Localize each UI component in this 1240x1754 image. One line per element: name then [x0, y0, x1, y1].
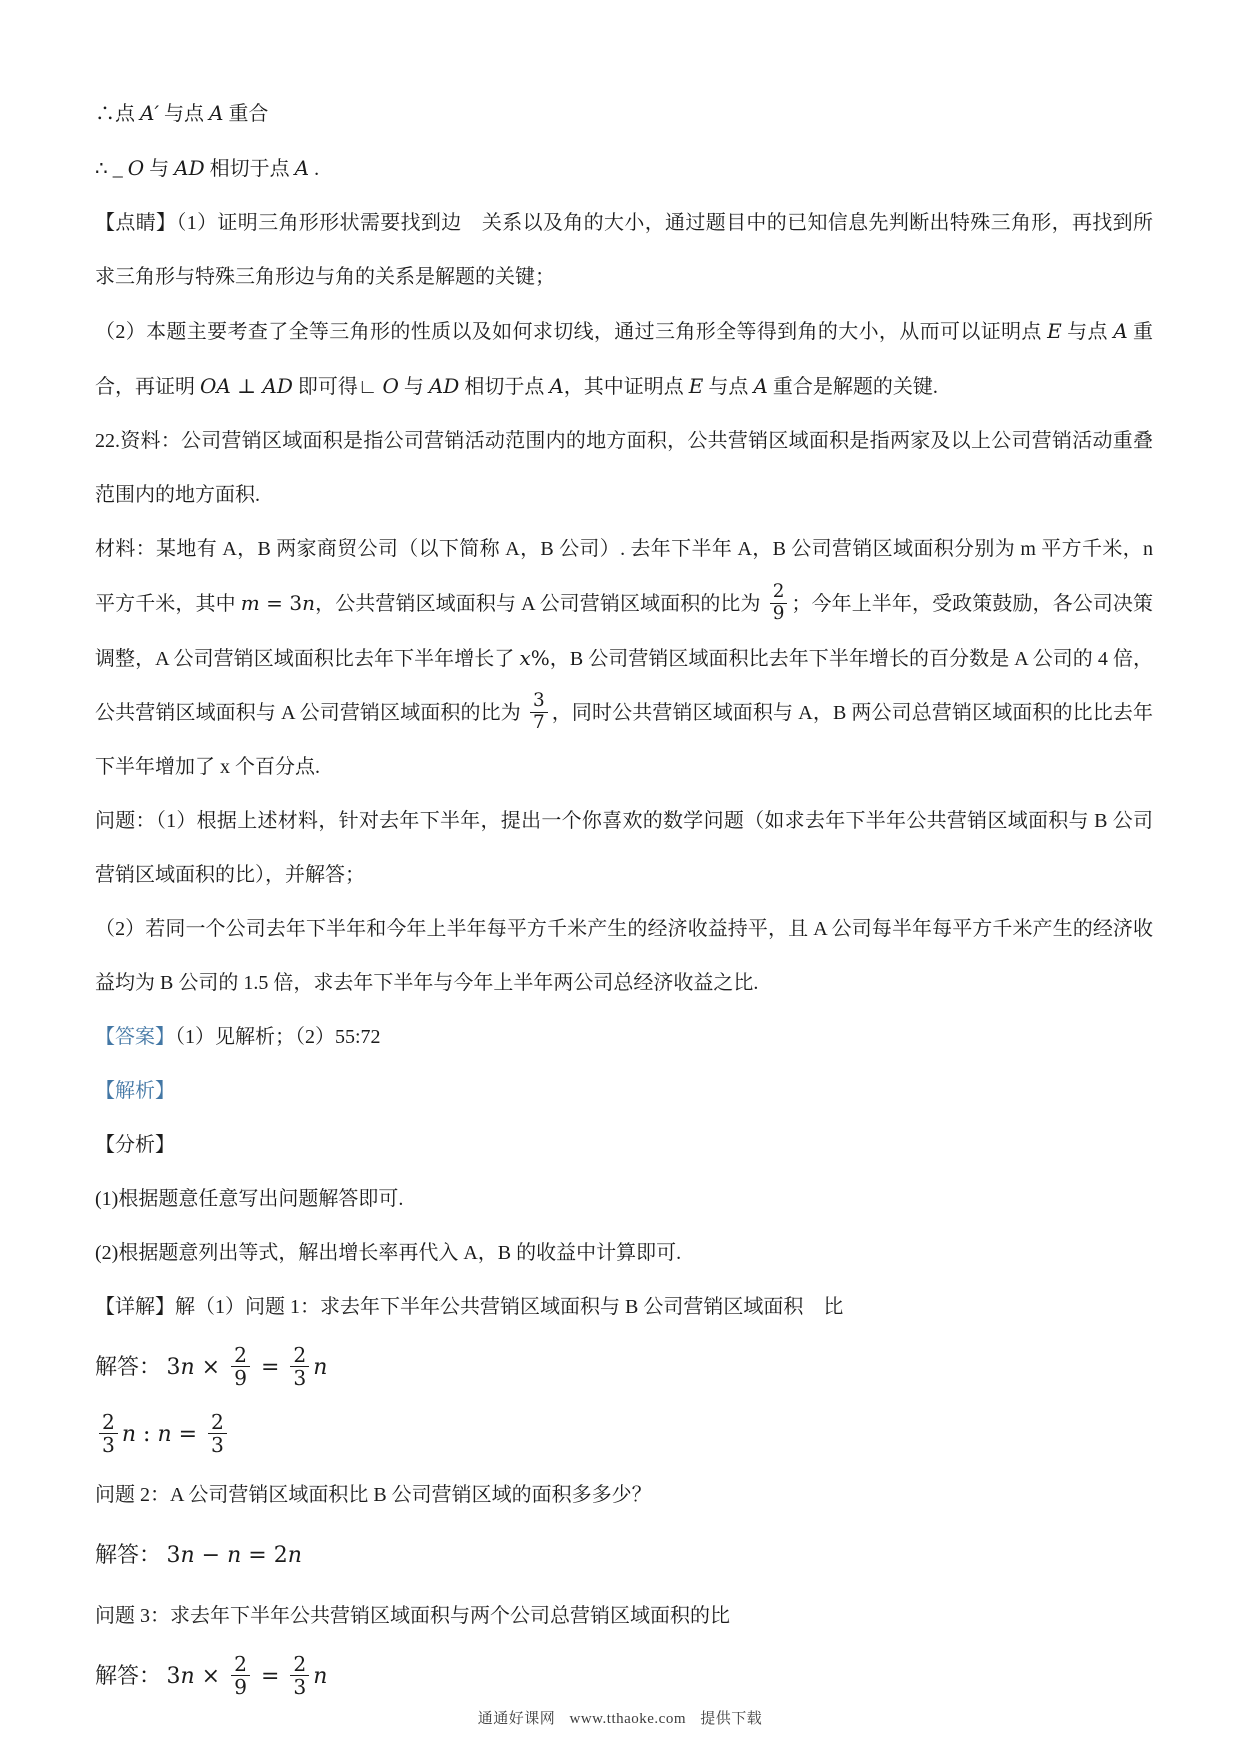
math-number: 3 — [167, 1543, 181, 1568]
math-variable: n — [181, 1543, 195, 1568]
conclusion-line-1: ∴点 A′ 与点 A 重合 — [95, 86, 1153, 141]
answer-line: 【答案】（1）见解析；（2）55:72 — [95, 1010, 1153, 1064]
math-operator: = — [172, 1422, 204, 1447]
math-variable: O — [128, 156, 144, 180]
question-2-line: 问题 2：A 公司营销区域面积比 B 公司营销区域的面积多多少？ — [95, 1468, 1153, 1522]
text-run: (1)根据题意任意写出问题解答即可. — [95, 1188, 403, 1210]
math-variable: n — [313, 1355, 327, 1380]
text-run: 与点 — [1062, 321, 1113, 343]
text-run: 与 — [144, 158, 174, 180]
math-operator: × — [195, 1355, 227, 1380]
fraction: 29 — [231, 1653, 250, 1699]
analysis-step-1: (1)根据题意任意写出问题解答即可. — [95, 1172, 1153, 1226]
solution-formula-3: 解答： 3n − n = 2n — [95, 1522, 1153, 1589]
text-run: 解答： — [95, 1542, 167, 1567]
document-content: ∴点 A′ 与点 A 重合∴ _ O 与 AD 相切于点 A .【点睛】（1）证… — [95, 86, 1153, 1710]
text-run: 22.资料：公司营销区域面积是指公司营销活动范围内的地方面积，公共营销区域面积是… — [95, 430, 1153, 506]
math-operator: − — [195, 1543, 227, 1568]
xiangjie-question-1: 【详解】解（1）问题 1：求去年下半年公共营销区域面积与 B 公司营销区域面积 … — [95, 1280, 1153, 1334]
math-variable: AD — [262, 374, 292, 398]
dianjing-paragraph-1: 【点睛】（1）证明三角形形状需要找到边 关系以及角的大小，通过题目中的已知信息先… — [95, 196, 1153, 304]
math-number: % — [531, 646, 550, 670]
text-run: 相切于点 — [459, 376, 549, 398]
footer-url[interactable]: www.tthaoke.com — [570, 1711, 687, 1727]
text-run: 问题 2：A 公司营销区域面积比 B 公司营销区域的面积多多少？ — [95, 1484, 652, 1506]
math-variable: A — [549, 374, 563, 398]
question-3-line: 问题 3：求去年下半年公共营销区域面积与两个公司总营销区域面积的比 — [95, 1589, 1153, 1643]
text-run: 重合是解题的关键. — [768, 376, 938, 398]
fraction: 29 — [770, 582, 788, 624]
text-run: 【分析】 — [95, 1134, 175, 1156]
text-run: ，公共营销区域面积与 A 公司营销区域面积的比为 — [315, 593, 766, 615]
math-variable: n — [302, 591, 315, 615]
fenxi-label: 【分析】 — [95, 1118, 1153, 1172]
text-run: ∴点 — [95, 103, 140, 125]
math-variable: AD — [429, 374, 459, 398]
fraction: 23 — [290, 1653, 309, 1699]
problem-22-question-2: （2）若同一个公司去年下半年和今年上半年每平方千米产生的经济收益持平，且 A 公… — [95, 902, 1153, 1010]
text-run: 问题 3：求去年下半年公共营销区域面积与两个公司总营销区域面积的比 — [95, 1605, 730, 1627]
fraction: 23 — [208, 1411, 227, 1457]
problem-22-question-1: 问题：（1）根据上述材料，针对去年下半年，提出一个你喜欢的数学问题（如求去年下半… — [95, 794, 1153, 902]
math-variable: n — [288, 1543, 302, 1568]
document-page: ∴点 A′ 与点 A 重合∴ _ O 与 AD 相切于点 A .【点睛】（1）证… — [0, 0, 1240, 1754]
math-number: 3 — [167, 1355, 181, 1380]
math-number: 3 — [167, 1664, 181, 1689]
text-run: 与 — [399, 376, 429, 398]
math-variable: n — [313, 1664, 327, 1689]
math-operator: = 3 — [260, 591, 302, 615]
problem-22-ziliao: 22.资料：公司营销区域面积是指公司营销活动范围内的地方面积，公共营销区域面积是… — [95, 414, 1153, 522]
math-variable: m — [241, 591, 260, 615]
text-run: 相切于点 — [205, 158, 295, 180]
fraction: 29 — [231, 1344, 250, 1390]
fraction: 37 — [530, 691, 548, 733]
text-run: ，其中证明点 — [564, 376, 689, 398]
math-variable: A — [1113, 319, 1127, 343]
footer-site-name: 通通好课网 — [478, 1711, 556, 1727]
text-run: (2)根据题意列出等式，解出增长率再代入 A，B 的收益中计算即可. — [95, 1242, 681, 1264]
math-variable: n — [157, 1422, 171, 1447]
solution-formula-1: 解答： 3n × 29 = 23n — [95, 1334, 1153, 1401]
section-label: 【答案】 — [95, 1026, 175, 1048]
solution-formula-4: 解答： 3n × 29 = 23n — [95, 1643, 1153, 1710]
fraction: 23 — [99, 1411, 118, 1457]
text-run: 即可得∟ — [293, 376, 383, 398]
math-variable: n — [227, 1543, 241, 1568]
text-run: . — [309, 158, 319, 180]
math-variable: AD — [174, 156, 204, 180]
math-variable: A — [753, 374, 767, 398]
text-run: 与点 — [159, 103, 209, 125]
math-operator: × — [195, 1664, 227, 1689]
math-variable: A — [209, 101, 223, 125]
problem-22-cailiao: 材料：某地有 A，B 两家商贸公司（以下简称 A，B 公司）. 去年下半年 A，… — [95, 522, 1153, 794]
math-operator: = 2 — [241, 1543, 287, 1568]
math-operator: ⊥ — [231, 374, 263, 398]
footer-suffix: 提供下载 — [700, 1711, 762, 1727]
text-run: 【点睛】（1）证明三角形形状需要找到边 关系以及角的大小，通过题目中的已知信息先… — [95, 212, 1153, 288]
section-label: 【解析】 — [95, 1080, 175, 1102]
math-variable: n — [181, 1664, 195, 1689]
math-operator: = — [254, 1355, 286, 1380]
math-operator: : — [136, 1422, 157, 1447]
text-run: 问题：（1）根据上述材料，针对去年下半年，提出一个你喜欢的数学问题（如求去年下半… — [95, 810, 1153, 886]
analysis-step-2: (2)根据题意列出等式，解出增长率再代入 A，B 的收益中计算即可. — [95, 1226, 1153, 1280]
text-run: 重合 — [223, 103, 268, 125]
text-run: 解答： — [95, 1354, 167, 1379]
text-run: （2）若同一个公司去年下半年和今年上半年每平方千米产生的经济收益持平，且 A 公… — [95, 918, 1153, 994]
math-variable: x — [519, 646, 530, 670]
math-operator: = — [254, 1664, 286, 1689]
text-run: ∴ _ — [95, 158, 128, 180]
math-variable: E — [689, 374, 704, 398]
text-run: 解答： — [95, 1663, 167, 1688]
fraction: 23 — [290, 1344, 309, 1390]
jiexi-label: 【解析】 — [95, 1064, 1153, 1118]
text-run: 与点 — [703, 376, 753, 398]
math-variable: A — [295, 156, 309, 180]
math-variable: A′ — [140, 101, 159, 125]
math-variable: E — [1047, 319, 1062, 343]
math-variable: n — [122, 1422, 136, 1447]
page-footer: 通通好课网 www.tthaoke.com 提供下载 — [0, 1707, 1240, 1728]
solution-formula-2: 23n : n = 23 — [95, 1401, 1153, 1468]
math-variable: n — [181, 1355, 195, 1380]
text-run: 【详解】解（1）问题 1：求去年下半年公共营销区域面积与 B 公司营销区域面积 … — [95, 1296, 843, 1318]
math-variable: O — [382, 374, 398, 398]
math-variable: OA — [200, 374, 231, 398]
conclusion-line-2: ∴ _ O 与 AD 相切于点 A . — [95, 141, 1153, 196]
text-run: （2）本题主要考查了全等三角形的性质以及如何求切线，通过三角形全等得到角的大小，… — [95, 321, 1047, 343]
dianjing-paragraph-2: （2）本题主要考查了全等三角形的性质以及如何求切线，通过三角形全等得到角的大小，… — [95, 304, 1153, 414]
text-run: （1）见解析；（2）55:72 — [175, 1026, 381, 1048]
